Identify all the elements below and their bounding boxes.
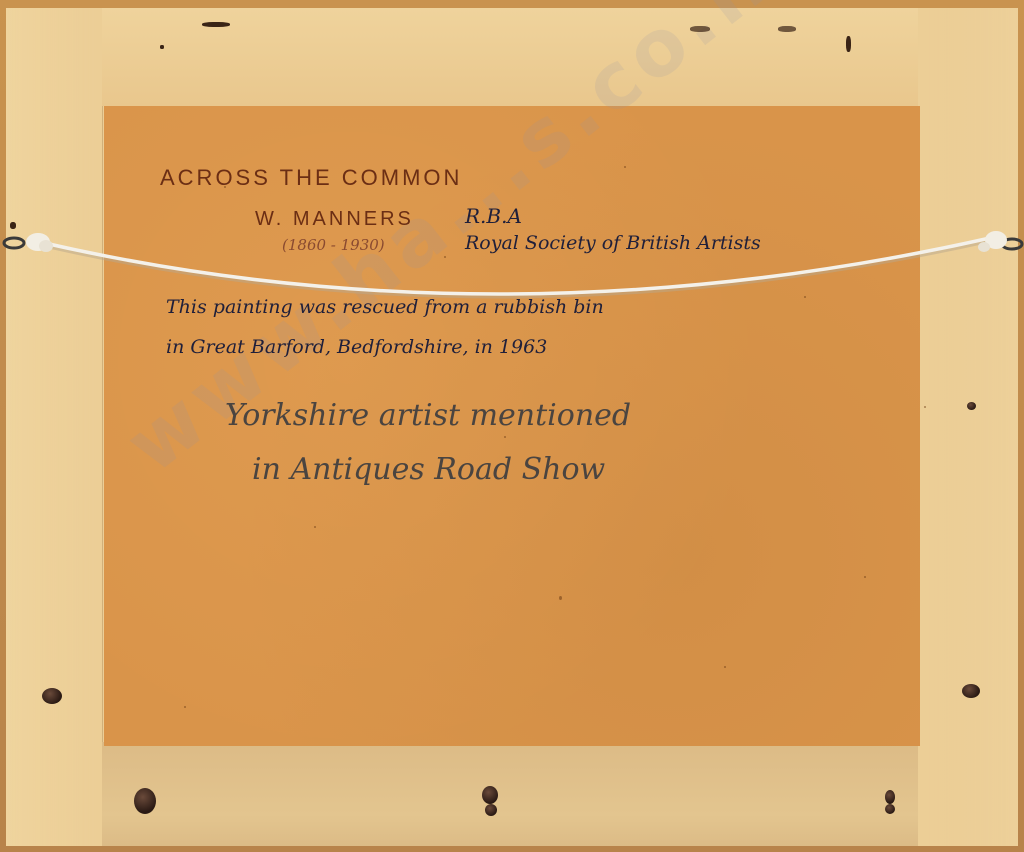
bottom-right-nail-lower-icon xyxy=(885,804,895,814)
painting-title: ACROSS THE COMMON xyxy=(160,165,462,191)
top-nail-hole xyxy=(202,22,230,27)
bottom-center-nail-icon xyxy=(482,786,498,804)
pencil-note-line-2: in Antiques Road Show xyxy=(252,452,605,487)
tape-right xyxy=(917,8,1018,846)
bottom-left-nail-icon xyxy=(134,788,156,814)
top-nail-hole-5 xyxy=(846,36,851,52)
right-side-nail-icon xyxy=(962,684,980,698)
provenance-line-2: in Great Barford, Bedfordshire, in 1963 xyxy=(166,336,547,358)
left-side-nail-icon xyxy=(42,688,62,704)
pencil-note-line-1: Yorkshire artist mentioned xyxy=(225,398,631,433)
provenance-line-1: This painting was rescued from a rubbish… xyxy=(166,296,604,318)
society-name: Royal Society of British Artists xyxy=(465,232,761,254)
artist-dates: (1860 - 1930) xyxy=(282,236,385,254)
artist-name: W. MANNERS xyxy=(255,208,414,231)
rba-initials: R.B.A xyxy=(465,204,522,228)
top-nail-hole-3 xyxy=(690,26,710,32)
top-nail-hole-2 xyxy=(160,45,164,49)
tape-bottom xyxy=(102,742,918,846)
tape-left xyxy=(6,8,103,846)
left-cord-hole xyxy=(10,222,16,229)
bottom-right-nail-icon xyxy=(885,790,895,804)
top-nail-hole-4 xyxy=(778,26,796,32)
right-side-nail-upper-icon xyxy=(967,402,976,410)
bottom-center-nail-lower-icon xyxy=(485,804,497,816)
picture-frame: www.ha...s.co.nz ACROSS THE COMMON W. MA… xyxy=(0,0,1024,852)
